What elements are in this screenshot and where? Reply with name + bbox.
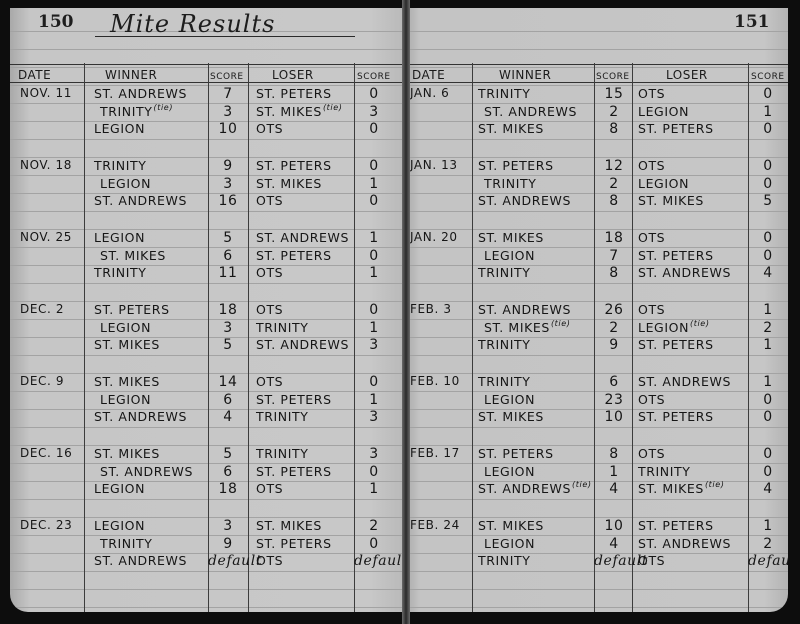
loser-score: 0 (354, 158, 394, 174)
winner-score: 3 (208, 518, 248, 534)
page-number: 150 (38, 12, 74, 32)
loser-score: 1 (748, 374, 788, 390)
tie-note: (tie) (154, 103, 174, 112)
winner-score: 23 (594, 392, 634, 408)
loser-score: 0 (748, 446, 788, 462)
page-title: Mite Results (110, 10, 275, 38)
game-date: JAN. 6 (410, 86, 449, 100)
loser-team: OTS (256, 302, 283, 317)
tie-note: (tie) (323, 103, 343, 112)
loser-team: TRINITY (256, 409, 309, 424)
game-date: NOV. 11 (20, 86, 72, 100)
loser-score: 3 (354, 337, 394, 353)
winner-team: ST. ANDREWS(tie) (478, 481, 592, 496)
page-number: 151 (734, 12, 770, 32)
loser-team: OTS (638, 446, 665, 461)
game-date: JAN. 13 (410, 158, 458, 172)
game-date: DEC. 9 (20, 374, 64, 388)
winner-score: 15 (594, 86, 634, 102)
winner-score: 11 (208, 265, 248, 281)
winner-team: LEGION (100, 176, 151, 191)
loser-team: LEGION(tie) (638, 320, 710, 335)
winner-team: TRINITY (478, 86, 531, 101)
winner-score: 3 (208, 104, 248, 120)
winner-team: ST. ANDREWS (94, 553, 187, 568)
winner-score: 8 (594, 446, 634, 462)
loser-team: OTS (638, 553, 665, 568)
column-header-score: SCORE (357, 72, 391, 82)
tie-note: (tie) (690, 319, 710, 328)
loser-team: ST. PETERS (638, 121, 714, 136)
winner-team: ST. MIKES (478, 409, 544, 424)
loser-team: OTS (638, 302, 665, 317)
winner-score: 6 (208, 392, 248, 408)
winner-score: 4 (208, 409, 248, 425)
loser-score: 2 (748, 320, 788, 336)
winner-score: 18 (208, 302, 248, 318)
loser-team: ST. PETERS (638, 409, 714, 424)
winner-team: LEGION (484, 248, 535, 263)
game-date: DEC. 2 (20, 302, 64, 316)
loser-team: ST. MIKES(tie) (256, 104, 342, 119)
winner-team: TRINITY (484, 176, 537, 191)
winner-score: 4 (594, 536, 634, 552)
winner-team: LEGION (484, 536, 535, 551)
loser-team: ST. ANDREWS (256, 337, 349, 352)
game-date: DEC. 23 (20, 518, 72, 532)
loser-team: ST. ANDREWS (638, 374, 731, 389)
winner-score: default (594, 553, 634, 569)
winner-team: LEGION (100, 320, 151, 335)
loser-team: ST. PETERS (256, 86, 332, 101)
loser-score: 1 (748, 518, 788, 534)
winner-team: ST. ANDREWS (478, 302, 571, 317)
winner-score: 2 (594, 320, 634, 336)
game-date: FEB. 17 (410, 446, 460, 460)
column-header-score: SCORE (596, 72, 630, 82)
winner-team: TRINITY (100, 536, 153, 551)
winner-team: TRINITY (478, 553, 531, 568)
winner-team: ST. ANDREWS (484, 104, 577, 119)
winner-score: 6 (208, 248, 248, 264)
loser-score: 0 (748, 158, 788, 174)
winner-team: ST. MIKES (478, 230, 544, 245)
winner-team: TRINITY (94, 265, 147, 280)
loser-score: 3 (354, 104, 394, 120)
tie-note: (tie) (572, 480, 592, 489)
loser-score: 0 (748, 176, 788, 192)
winner-score: default (208, 553, 248, 569)
loser-score: 4 (748, 481, 788, 497)
winner-score: 10 (594, 409, 634, 425)
winner-score: 12 (594, 158, 634, 174)
winner-team: LEGION (100, 392, 151, 407)
loser-team: OTS (638, 230, 665, 245)
winner-score: 2 (594, 176, 634, 192)
loser-score: 0 (354, 374, 394, 390)
loser-team: ST. MIKES (256, 518, 322, 533)
loser-score: 0 (354, 121, 394, 137)
winner-team: ST. ANDREWS (100, 464, 193, 479)
loser-score: 0 (354, 536, 394, 552)
winner-score: 2 (594, 104, 634, 120)
loser-team: ST. PETERS (638, 248, 714, 263)
loser-team: ST. MIKES (638, 193, 704, 208)
loser-score: 0 (748, 86, 788, 102)
winner-team: ST. PETERS (94, 302, 170, 317)
winner-team: LEGION (94, 121, 145, 136)
loser-score: 2 (354, 518, 394, 534)
loser-team: OTS (256, 481, 283, 496)
column-header-date: DATE (18, 68, 51, 82)
loser-score: 4 (748, 265, 788, 281)
winner-team: ST. MIKES (478, 518, 544, 533)
winner-team: TRINITY (478, 374, 531, 389)
loser-team: ST. ANDREWS (256, 230, 349, 245)
loser-team: TRINITY (256, 446, 309, 461)
loser-team: LEGION (638, 104, 689, 119)
winner-team: LEGION (484, 464, 535, 479)
winner-team: ST. MIKES (94, 337, 160, 352)
winner-score: 18 (594, 230, 634, 246)
game-date: FEB. 3 (410, 302, 452, 316)
winner-team: ST. ANDREWS (94, 193, 187, 208)
game-date: FEB. 24 (410, 518, 460, 532)
loser-score: 0 (748, 464, 788, 480)
winner-team: ST. MIKES (100, 248, 166, 263)
loser-team: ST. PETERS (638, 337, 714, 352)
winner-team: ST. ANDREWS (94, 409, 187, 424)
loser-score: 0 (354, 248, 394, 264)
winner-team: ST. MIKES (478, 121, 544, 136)
loser-team: ST. PETERS (256, 392, 332, 407)
game-date: NOV. 18 (20, 158, 72, 172)
winner-score: 10 (594, 518, 634, 534)
winner-team: ST. MIKES (94, 374, 160, 389)
winner-team: TRINITY(tie) (100, 104, 173, 119)
loser-score: 1 (354, 392, 394, 408)
loser-score: 1 (748, 337, 788, 353)
winner-team: ST. PETERS (478, 446, 554, 461)
winner-score: 3 (208, 320, 248, 336)
loser-score: default (354, 553, 394, 569)
loser-score: 0 (354, 193, 394, 209)
tie-note: (tie) (705, 480, 725, 489)
loser-score: 0 (748, 409, 788, 425)
loser-score: 0 (748, 392, 788, 408)
winner-team: ST. ANDREWS (478, 193, 571, 208)
column-header-score: SCORE (751, 72, 785, 82)
winner-score: 5 (208, 446, 248, 462)
book-spine (402, 0, 410, 624)
winner-team: TRINITY (94, 158, 147, 173)
loser-team: ST. PETERS (256, 248, 332, 263)
winner-score: 14 (208, 374, 248, 390)
loser-team: ST. ANDREWS (638, 536, 731, 551)
loser-score: 0 (354, 86, 394, 102)
game-date: JAN. 20 (410, 230, 458, 244)
loser-team: ST. ANDREWS (638, 265, 731, 280)
loser-score: 0 (354, 464, 394, 480)
winner-team: ST. MIKES(tie) (484, 320, 570, 335)
loser-team: ST. PETERS (256, 158, 332, 173)
winner-score: 9 (208, 536, 248, 552)
loser-team: ST. PETERS (638, 518, 714, 533)
loser-team: OTS (638, 158, 665, 173)
loser-team: ST. PETERS (256, 536, 332, 551)
winner-score: 18 (208, 481, 248, 497)
loser-score: 3 (354, 409, 394, 425)
column-header-winner: WINNER (499, 68, 551, 82)
loser-team: LEGION (638, 176, 689, 191)
winner-team: TRINITY (478, 265, 531, 280)
loser-team: ST. MIKES(tie) (638, 481, 724, 496)
winner-score: 6 (208, 464, 248, 480)
loser-score: 1 (748, 302, 788, 318)
column-header-winner: WINNER (105, 68, 157, 82)
loser-score: 0 (748, 248, 788, 264)
winner-team: ST. ANDREWS (94, 86, 187, 101)
winner-score: 9 (594, 337, 634, 353)
loser-score: default (748, 553, 788, 569)
loser-score: 0 (748, 230, 788, 246)
loser-team: OTS (638, 86, 665, 101)
game-date: FEB. 10 (410, 374, 460, 388)
left-page: 150 Mite Results DATE WINNER SCORE LOSER… (10, 8, 406, 612)
winner-score: 8 (594, 265, 634, 281)
winner-score: 5 (208, 337, 248, 353)
title-underline (95, 36, 355, 37)
winner-score: 7 (594, 248, 634, 264)
winner-team: LEGION (484, 392, 535, 407)
loser-score: 1 (354, 265, 394, 281)
winner-score: 26 (594, 302, 634, 318)
loser-team: TRINITY (256, 320, 309, 335)
game-date: NOV. 25 (20, 230, 72, 244)
winner-score: 10 (208, 121, 248, 137)
winner-team: LEGION (94, 518, 145, 533)
winner-score: 1 (594, 464, 634, 480)
winner-score: 6 (594, 374, 634, 390)
winner-score: 8 (594, 121, 634, 137)
winner-team: ST. PETERS (478, 158, 554, 173)
winner-team: LEGION (94, 230, 145, 245)
winner-score: 9 (208, 158, 248, 174)
winner-score: 3 (208, 176, 248, 192)
winner-score: 4 (594, 481, 634, 497)
column-header-score: SCORE (210, 72, 244, 82)
tie-note: (tie) (551, 319, 571, 328)
loser-score: 1 (354, 176, 394, 192)
loser-team: OTS (256, 121, 283, 136)
winner-score: 16 (208, 193, 248, 209)
winner-team: TRINITY (478, 337, 531, 352)
winner-team: ST. MIKES (94, 446, 160, 461)
loser-score: 1 (748, 104, 788, 120)
column-header-date: DATE (412, 68, 445, 82)
loser-score: 1 (354, 320, 394, 336)
loser-team: OTS (256, 193, 283, 208)
loser-score: 2 (748, 536, 788, 552)
loser-score: 1 (354, 230, 394, 246)
ledger-book: 150 Mite Results DATE WINNER SCORE LOSER… (0, 0, 800, 624)
column-header-loser: LOSER (272, 68, 314, 82)
loser-team: ST. MIKES (256, 176, 322, 191)
loser-team: OTS (256, 374, 283, 389)
winner-score: 8 (594, 193, 634, 209)
loser-team: OTS (256, 553, 283, 568)
loser-team: OTS (256, 265, 283, 280)
loser-team: ST. PETERS (256, 464, 332, 479)
winner-score: 7 (208, 86, 248, 102)
winner-score: 5 (208, 230, 248, 246)
loser-score: 3 (354, 446, 394, 462)
loser-score: 5 (748, 193, 788, 209)
winner-team: LEGION (94, 481, 145, 496)
loser-team: OTS (638, 392, 665, 407)
right-page: 151 DATE WINNER SCORE LOSER SCORE JAN. 6… (404, 8, 788, 612)
loser-score: 1 (354, 481, 394, 497)
loser-team: TRINITY (638, 464, 691, 479)
loser-score: 0 (748, 121, 788, 137)
game-date: DEC. 16 (20, 446, 72, 460)
column-header-loser: LOSER (666, 68, 708, 82)
loser-score: 0 (354, 302, 394, 318)
